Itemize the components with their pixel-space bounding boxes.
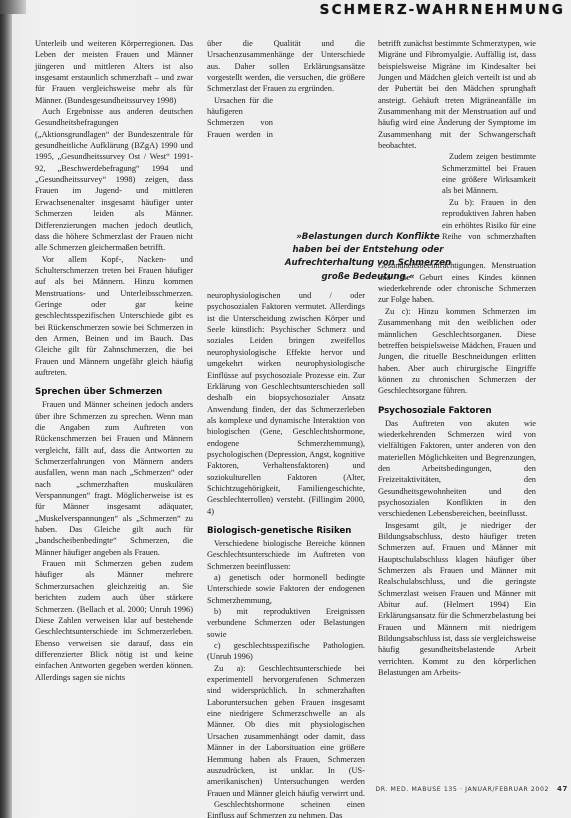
paragraph: Insgesamt gilt, je niedriger der Bildung… [378, 520, 536, 679]
paragraph: Unterleib und weiteren Körperregionen. D… [35, 38, 193, 106]
paragraph: Verschiedene biologische Bereiche können… [207, 538, 365, 572]
paragraph: Vor allem Kopf-, Nacken- und Schultersch… [35, 254, 193, 379]
paragraph: Auch Ergebnisse aus anderen deutschen Ge… [35, 106, 193, 253]
paragraph: Das Auftreten von akuten wie wiederkehre… [378, 418, 536, 520]
section-heading: Psychosoziale Faktoren [378, 406, 536, 417]
list-item: a) genetisch oder hormonell bedingte Unt… [207, 572, 365, 606]
pull-quote: »Belastungen durch Konflikte haben bei d… [283, 231, 453, 284]
paragraph: Frauen und Männer scheinen jedoch anders… [35, 399, 193, 558]
page-corner-shadow [0, 0, 26, 14]
text-column-3: betrifft zunächst bestimmte Schmerztypen… [378, 38, 536, 678]
page-footer: DR. MED. MABUSE 135 · JANUAR/FEBRUAR 200… [338, 785, 568, 793]
paragraph: Geschlechtshormone scheinen einen Einflu… [207, 799, 365, 818]
text-column-2: über die Qualität und die Ursachenzusamm… [207, 38, 365, 818]
paragraph: Zu c): Hinzu kommen Schmerzen im Zusamme… [378, 306, 536, 397]
section-heading: Sprechen über Schmerzen [35, 387, 193, 398]
page-number: 47 [557, 785, 568, 793]
running-title: SCHMERZ-WAHRNEHMUNG [320, 2, 565, 18]
book-spine-shadow [0, 0, 12, 818]
text-column-1: Unterleib und weiteren Körperregionen. D… [35, 38, 193, 683]
list-item: b) mit reproduktiven Ereignissen verbund… [207, 606, 365, 640]
paragraph: betrifft zunächst bestimmte Schmerztypen… [378, 38, 536, 151]
paragraph: Frauen mit Schmerzen geben zudem häufige… [35, 558, 193, 683]
paragraph: über die Qualität und die Ursachenzusamm… [207, 38, 365, 95]
magazine-page: SCHMERZ-WAHRNEHMUNG Unterleib und weiter… [0, 0, 571, 818]
list-item: c) geschlechtsspezifische Pathologien. (… [207, 640, 365, 663]
paragraph: Zu a): Geschlechtsunterschiede bei exper… [207, 663, 365, 799]
section-heading: Biologisch-genetische Risiken [207, 526, 365, 537]
publication-info: DR. MED. MABUSE 135 · JANUAR/FEBRUAR 200… [375, 786, 549, 793]
